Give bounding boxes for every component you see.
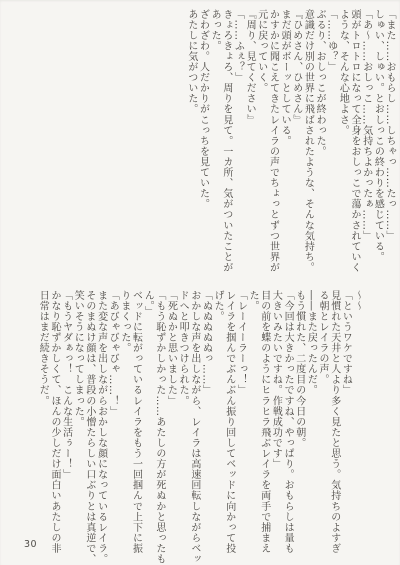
text-column: そのまぬけ顔は、普段の小憎たらしい口ぶりとは真逆で、: [83, 290, 95, 565]
text-column: ん。」: [142, 290, 154, 565]
text-column: もう慣れた、二度目の今日の朝。: [293, 290, 305, 565]
text-column: しゅい、しゅい。とおしっこの終わりを感じている。: [372, 9, 384, 287]
text-column: 「……ふぇ？」: [232, 9, 244, 287]
text-column: ような、そんな心地よさ。: [337, 9, 349, 287]
text-column: おかしな声を出しながら、レイラは高速回転しながらベッ: [188, 290, 200, 565]
text-column: 「あびゃびゃびゃ……！」: [107, 290, 119, 565]
text-column: あたしに気がついた。: [185, 9, 197, 287]
text-column: 「というワケですね」: [340, 290, 352, 565]
text-column: 「……ゆ？」: [325, 9, 337, 287]
manga-novel-page: 「また……おもらし……しちゃっ……たっ……」しゅい、しゅい。とおしっこの終わりを…: [0, 0, 400, 565]
text-column: 意識だけ別の世界に飛ばされたような、そんな気持ち。: [302, 9, 314, 287]
text-column: 元に戻っていく。: [255, 9, 267, 287]
text-column: た。: [246, 290, 258, 565]
text-column: ぶるり、おしっこが終わった。: [313, 9, 325, 287]
text-column: 見慣れた天井と人より多く見たと思う。気持ちのよすぎ: [328, 290, 340, 565]
text-column: 『周り、見てください』: [243, 9, 255, 287]
text-column: 目の前を蝶のようにヒラヒラ飛ぶレイラを両手で捕まえ: [258, 290, 270, 565]
text-column: ざわざわ。人だかりがこっちを見ていた。: [197, 9, 209, 287]
text-column: 「もう恥ずかしかった……あたしの方が死ぬかと思ったも: [153, 290, 165, 565]
text-column: 「レーイーラーっ！」: [235, 290, 247, 565]
text-column: 笑いそうになってしまった。: [72, 290, 84, 565]
text-column: 日常はまだ続きそうだ。: [37, 290, 49, 565]
text-column: ベッドに転がっているレイラをもう一回掴んで上下に振: [130, 290, 142, 565]
text-column: きょろきょろ、周りを見て。一カ所、気がついたことが: [220, 9, 232, 287]
text-column: 「死ぬかと思いました」: [165, 290, 177, 565]
text-column: ――また戻ったんだ。: [305, 290, 317, 565]
text-column: 「もうヤダぁっ！ こんな生活ぅー！」: [60, 290, 72, 565]
text-column: ドへと叩きつけられた。: [177, 290, 189, 565]
text-column: 『ひめさん、ひめさん』: [290, 9, 302, 287]
text-column: あった。: [209, 9, 221, 287]
page-number: 30: [24, 539, 37, 550]
text-column: ～～: [351, 290, 363, 565]
lower-text-block: ～～「というワケですね」見慣れた天井と人より多く見たと思う。気持ちのよすぎる朝と…: [37, 290, 363, 565]
text-column: 頭がトロトロになって全身をおしっこで蕩かされていく: [348, 9, 360, 287]
text-column: 「ぬぬぬぬぬっ……」: [200, 290, 212, 565]
text-column: 大きいみたいですね。作戦成功です」: [270, 290, 282, 565]
text-column: かなり恥ずかしくて、ほんの少しだけ面白いあたしの非: [48, 290, 60, 565]
text-column: かすかに聞こえてきたレイラの声でちょっとずつ世界が: [267, 9, 279, 287]
text-column: 「あ～……おしっこ……気持ちよかったぁ……」: [360, 9, 372, 287]
text-column: る朝とレイラの声。: [316, 290, 328, 565]
text-column: 「また……おもらし……しちゃっ……たっ……」: [383, 9, 395, 287]
text-column: まだ頭がボーッとしている。: [278, 9, 290, 287]
text-column: レイラを掴んでぶんぶん振り回してベッドに向かって投: [223, 290, 235, 565]
upper-text-block: 「また……おもらし……しちゃっ……たっ……」しゅい、しゅい。とおしっこの終わりを…: [185, 9, 395, 287]
text-column: また変な声を出しながらおかしな顔になっているレイラ。: [95, 290, 107, 565]
text-column: 「今回は大きかったですね、やっぱり。おもらしは量も: [281, 290, 293, 565]
text-column: りまくった。: [118, 290, 130, 565]
text-column: げた。: [211, 290, 223, 565]
